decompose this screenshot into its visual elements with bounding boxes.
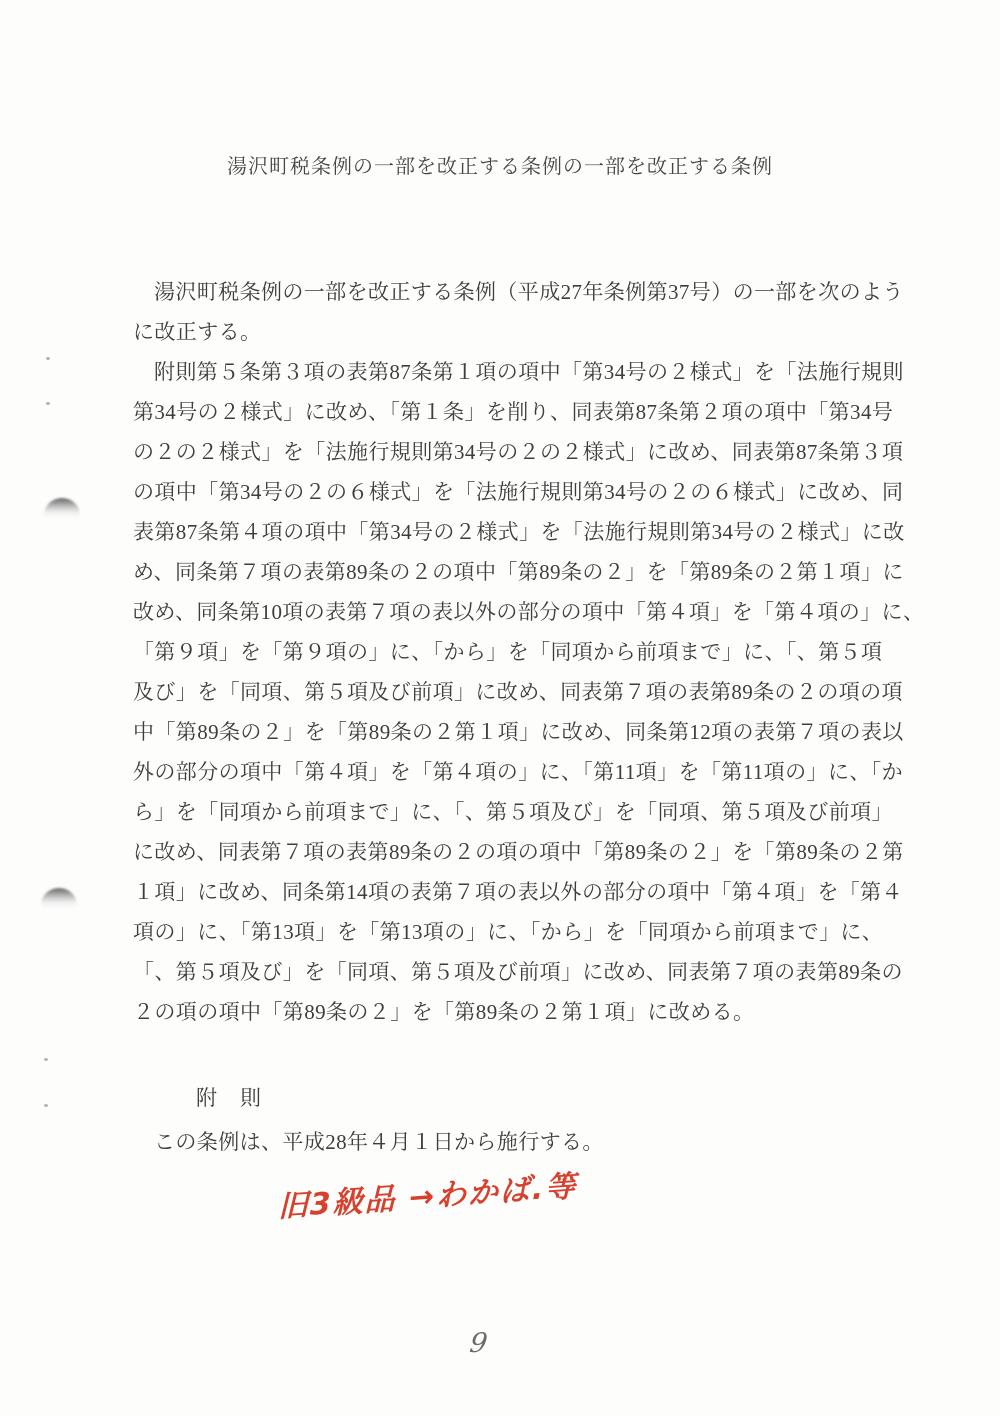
text-line: 外の部分の項中「第４項」を「第４項の」に、「第11項」を「第11項の」に、「か (133, 752, 923, 792)
text-line: 附則第５条第３項の表第87条第１項の項中「第34号の２様式」を「法施行規則 (133, 352, 923, 392)
text-line: 「、第５項及び」を「同項、第５項及び前項」に改め、同表第７項の表第89条の (133, 952, 923, 992)
text-line: 中「第89条の２」を「第89条の２第１項」に改め、同条第12項の表第７項の表以 (133, 712, 923, 752)
text-line: 第34号の２様式」に改め、「第１条」を削り、同表第87条第２項の項中「第34号 (133, 392, 923, 432)
text-line: の項中「第34号の２の６様式」を「法施行規則第34号の２の６様式」に改め、同 (133, 472, 923, 512)
binding-hole-shadow (44, 498, 80, 532)
text-line: ら」を「同項から前項まで」に、「、第５項及び」を「同項、第５項及び前項」 (133, 792, 923, 832)
amendment-body: 附則第５条第３項の表第87条第１項の項中「第34号の２様式」を「法施行規則第34… (133, 352, 923, 1032)
binding-hole-shadow (41, 888, 77, 922)
text-line: 項の」に、「第13項」を「第13項の」に、「から」を「同項から前項まで」に、 (133, 912, 923, 952)
page-number: 9 (468, 1328, 490, 1359)
intro-paragraph: 湯沢町税条例の一部を改正する条例（平成27年条例第37号）の一部を次のように改正… (133, 272, 913, 352)
text-line: 表第87条第４項の項中「第34号の２様式」を「法施行規則第34号の２様式」に改 (133, 512, 923, 552)
scan-speck (44, 1058, 48, 1061)
supplement-heading: 附 則 (196, 1082, 262, 1112)
text-line: 「第９項」を「第９項の」に、「から」を「同項から前項まで」に、「、第５項 (133, 632, 923, 672)
scan-speck (46, 402, 50, 405)
text-line: １項」に改め、同条第14項の表第７項の表以外の部分の項中「第４項」を「第４ (133, 872, 923, 912)
text-line: に改正する。 (133, 312, 913, 352)
text-line: 及び」を「同項、第５項及び前項」に改め、同表第７項の表第89条の２の項の項 (133, 672, 923, 712)
supplement-enforcement-text: この条例は、平成28年４月１日から施行する。 (133, 1122, 913, 1162)
text-line: ２の項の項中「第89条の２」を「第89条の２第１項」に改める。 (133, 992, 923, 1032)
text-line: の２の２様式」を「法施行規則第34号の２の２様式」に改め、同表第87条第３項 (133, 432, 923, 472)
document-title: 湯沢町税条例の一部を改正する条例の一部を改正する条例 (0, 150, 1000, 179)
text-line: 湯沢町税条例の一部を改正する条例（平成27年条例第37号）の一部を次のよう (133, 272, 913, 312)
scan-speck (44, 1104, 48, 1107)
scan-speck (46, 357, 50, 360)
scanned-ordinance-page: 湯沢町税条例の一部を改正する条例の一部を改正する条例 湯沢町税条例の一部を改正す… (0, 0, 1000, 1416)
text-line: め、同条第７項の表第89条の２の項中「第89条の２」を「第89条の２第１項」に (133, 552, 923, 592)
text-line: 改め、同条第10項の表第７項の表以外の部分の項中「第４項」を「第４項の」に、 (133, 592, 923, 632)
text-line: に改め、同表第７項の表第89条の２の項の項中「第89条の２」を「第89条の２第 (133, 832, 923, 872)
handwritten-red-annotation: 旧3級品 →わかば.等 (278, 1161, 577, 1226)
